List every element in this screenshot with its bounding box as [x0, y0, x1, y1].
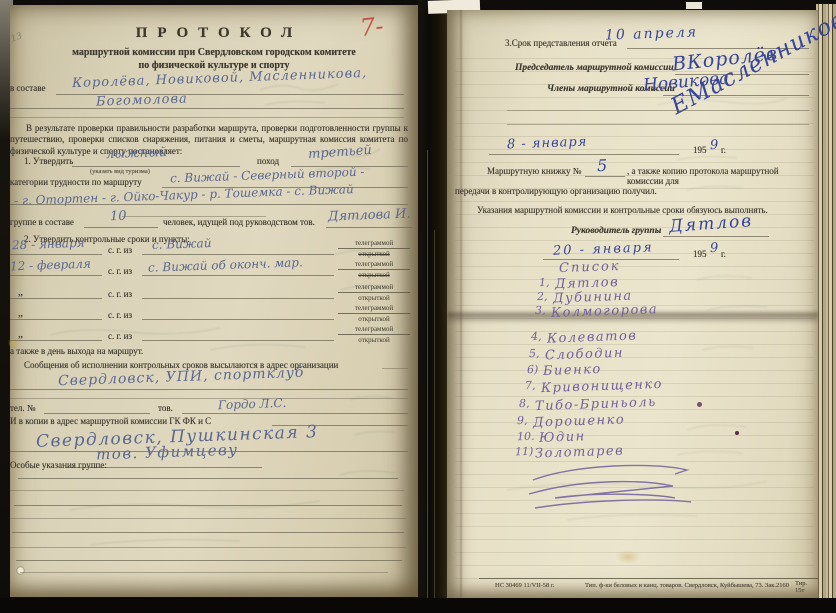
- group-label-1: группе в составе: [10, 217, 74, 227]
- telegram-option: телеграммой: [338, 325, 410, 335]
- composition-line-3: [10, 117, 404, 118]
- item1-label: 1. Утвердить: [24, 156, 73, 166]
- blank-rule: [14, 505, 402, 506]
- org-label-trailing-line: [382, 368, 408, 369]
- flourish-squiggle: [525, 458, 705, 513]
- control-sg-label: с. г. из: [108, 245, 132, 255]
- control-date-line: [10, 319, 102, 320]
- postcard-option-struck: открыткой: [338, 249, 410, 258]
- member-name: Биенко: [543, 362, 602, 379]
- group-leader-handwriting: Дятлова И.: [328, 207, 411, 225]
- control-sg-label: с. г. из: [108, 289, 132, 299]
- control-quote-mark: „: [18, 286, 23, 298]
- member-number: 1,: [539, 276, 550, 289]
- member-number: 2,: [537, 290, 548, 303]
- issue-year-g: г.: [721, 145, 726, 155]
- control-sg-label: с. г. из: [108, 310, 132, 320]
- postcard-option: открыткой: [338, 293, 410, 302]
- telegram-postcard-options: телеграммой открыткой: [338, 304, 410, 323]
- control-quote-mark: „: [18, 328, 23, 340]
- blank-rule: [10, 490, 404, 491]
- member-number: 5,: [529, 347, 540, 360]
- gutter-page-edge-2: [434, 230, 435, 600]
- blank-signature-line-2: [507, 124, 809, 125]
- member-number: 10.: [517, 430, 535, 444]
- tel-label: тел. №: [10, 403, 36, 413]
- item1-hint: (указать вид туризма): [90, 168, 150, 175]
- control-quote-mark: „: [18, 307, 23, 319]
- control-date-line: [10, 254, 102, 255]
- member-number: 9,: [517, 414, 528, 427]
- control-date-line: [10, 275, 102, 276]
- telegram-option: телеграммой: [338, 260, 410, 270]
- top-paper-bit-2: [686, 2, 702, 9]
- also-day-of-start-label: а также в день выхода на маршрут.: [10, 346, 143, 356]
- footer-rule: [479, 578, 818, 579]
- control-date-line: [10, 340, 102, 341]
- issue-date-handwriting: 8 - января: [507, 135, 588, 153]
- issue-year-handwriting: 9: [710, 138, 719, 153]
- member-name: Дорошенко: [533, 412, 626, 430]
- blank-rule: [20, 572, 388, 573]
- control-sg-label: с. г. из: [108, 331, 132, 341]
- group-count-line: [84, 227, 158, 228]
- gutter-spine: [418, 0, 447, 613]
- copy-address-handwriting-2: тов. Уфимцеву: [96, 441, 239, 464]
- member-number: 6): [527, 363, 539, 376]
- gutter-page-edge-1: [427, 150, 428, 600]
- telegram-option: телеграммой: [338, 304, 410, 314]
- group-leader-line: [326, 227, 412, 228]
- blank-rule: [12, 532, 404, 533]
- control-row: „ с. г. из телеграммой открыткой: [10, 286, 418, 306]
- member-name: Колеватов: [547, 328, 638, 346]
- telegram-option: телеграммой: [338, 283, 410, 293]
- copy-address-label: И в копии в адрес маршрутной комиссии ГК…: [10, 416, 211, 426]
- control-date-line: [10, 298, 102, 299]
- control-row: „ с. г. из телеграммой открыткой: [10, 307, 418, 327]
- protocol-page-right: 3.Срок представления отчета 10 апреля Пр…: [447, 10, 818, 598]
- control-from-handwriting: с. Вижай: [152, 236, 212, 252]
- member-number: 3,: [535, 304, 546, 317]
- member-name: Юдин: [539, 429, 586, 446]
- route-book-number-handwriting: 5: [597, 156, 608, 175]
- group-label-2: человек, идущей под руководством тов.: [163, 217, 315, 227]
- blank-rule: [10, 518, 406, 519]
- footer-imprint-left: НС 30469 11/VII-58 г.: [495, 582, 554, 589]
- chairman-label: Председатель маршрутной комиссии: [515, 63, 674, 73]
- member-name: Слободин: [545, 346, 624, 364]
- composition-handwriting-2: Богомолова: [96, 91, 188, 109]
- postcard-option: открыткой: [338, 335, 410, 344]
- group-count-handwriting: 10: [110, 209, 127, 225]
- route-book-label-3: передачи в контролирующую организацию по…: [455, 186, 657, 196]
- org-line-2: [10, 398, 408, 399]
- item1-line-type: [72, 166, 240, 167]
- tov-label: тов.: [158, 403, 173, 413]
- blank-rule: [16, 560, 402, 561]
- org-line-1: [10, 389, 408, 390]
- tov-line: [182, 413, 408, 414]
- member-number: 8,: [519, 397, 530, 410]
- right-page-stack: [816, 4, 836, 604]
- sign-year-typed: 195: [693, 249, 707, 259]
- member-number: 11): [515, 445, 534, 459]
- route-book-label-2: , а также копию протокола маршрутной ком…: [627, 166, 817, 186]
- group-leader-label: Руководитель группы: [571, 226, 661, 236]
- page-title: ПРОТОКОЛ: [10, 25, 418, 42]
- issue-year-typed: 195: [693, 145, 707, 155]
- postcard-option-struck: открыткой: [338, 270, 410, 279]
- postcard-option: открыткой: [338, 314, 410, 323]
- route-book-label-1: Маршрутную книжку №: [487, 166, 581, 176]
- footer-imprint-right: Тир. 15т: [795, 580, 818, 594]
- control-date-handwriting: 12 - февраля: [10, 257, 91, 274]
- report-deadline-handwriting: 10 апреля: [605, 24, 699, 43]
- telegram-option: телеграммой: [338, 239, 410, 249]
- sign-year-handwriting: 9: [710, 241, 719, 256]
- blank-rule: [18, 478, 398, 479]
- member-number: 7,: [525, 379, 536, 392]
- page-subtitle-1: маршрутной комиссии при Свердловском гор…: [10, 47, 418, 58]
- control-row: 12 - февраля с. г. из с. Вижай об оконч.…: [10, 263, 418, 283]
- control-from-line: [142, 340, 334, 341]
- item1-pohod-label: поход: [257, 156, 279, 166]
- control-sg-label: с. г. из: [108, 266, 132, 276]
- blank-rule: [10, 547, 406, 548]
- control-row: „ с. г. из телеграммой открыткой: [10, 328, 418, 348]
- control-from-line: [142, 298, 334, 299]
- vertical-crease: [460, 10, 462, 598]
- item1-type-handwriting: лыжный: [106, 145, 168, 162]
- bottom-scan-bar: [0, 598, 836, 613]
- composition-label: в составе: [10, 83, 45, 93]
- special-instructions-label: Особые указания группе:: [10, 460, 107, 470]
- blank-signature-line-1: [507, 110, 809, 111]
- telegram-postcard-options: телеграммой открыткой: [338, 260, 410, 279]
- tel-line: [44, 413, 150, 414]
- protocol-page-left: 13 7- ПРОТОКОЛ маршрутной комиссии при С…: [10, 5, 418, 597]
- report-deadline-label: 3.Срок представления отчета: [505, 38, 617, 48]
- telegram-postcard-options: телеграммой открыткой: [338, 325, 410, 344]
- issue-date-line: [489, 154, 679, 155]
- composition-line-2: [10, 108, 404, 109]
- member-number: 4,: [531, 330, 542, 343]
- control-from-line: [142, 254, 334, 255]
- tov-handwriting: Гордо Л.С.: [218, 396, 287, 412]
- paper-hole-dot: [16, 566, 25, 575]
- footer-imprint-center: Тип. ф-ки беловых и канц. товаров. Сверд…: [585, 582, 789, 589]
- route-book-number-line: [585, 176, 625, 177]
- telegram-postcard-options: телеграммой открыткой: [338, 283, 410, 302]
- member-list-heading: Список: [559, 259, 621, 276]
- sign-year-g: г.: [721, 249, 726, 259]
- item1-grade-handwriting: третьей: [308, 143, 373, 162]
- control-from-line: [142, 319, 334, 320]
- control-date-handwriting: 28 - января: [12, 236, 85, 253]
- control-from-line: [142, 275, 334, 276]
- telegram-postcard-options: телеграммой открыткой: [338, 239, 410, 258]
- route-label: категории трудности по маршруту: [10, 177, 142, 187]
